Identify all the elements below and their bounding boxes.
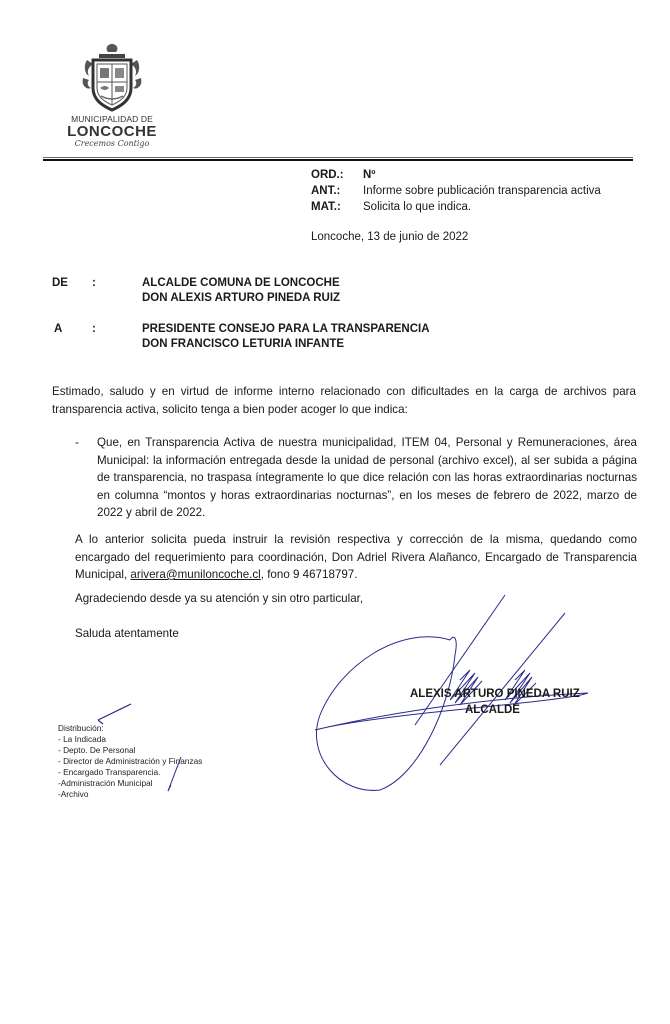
- bullet-text: Que, en Transparencia Activa de nuestra …: [97, 434, 637, 522]
- distribution-item: - Director de Administración y Finanzas: [58, 756, 202, 767]
- handwritten-check-icon: [95, 700, 135, 725]
- to-block: A : PRESIDENTE CONSEJO PARA LA TRANSPARE…: [54, 322, 554, 354]
- from-line-2: DON ALEXIS ARTURO PINEDA RUIZ: [142, 291, 340, 306]
- logo-tagline: Crecemos Contigo: [62, 139, 162, 148]
- municipal-coat-of-arms-icon: [81, 42, 143, 112]
- ant-row: ANT.: Informe sobre publicación transpar…: [311, 183, 601, 199]
- distribution-item: -Archivo: [58, 789, 202, 800]
- request-text-after: , fono 9 46718797.: [261, 568, 358, 581]
- signatory-role: ALCALDE: [465, 704, 520, 716]
- distribution-list: Distribución: - La Indicada - Depto. De …: [58, 723, 202, 800]
- from-block: DE : ALCALDE COMUNA DE LONCOCHE DON ALEX…: [52, 276, 552, 308]
- bullet-marker: -: [75, 434, 79, 452]
- to-line-1: PRESIDENTE CONSEJO PARA LA TRANSPARENCIA: [142, 322, 430, 337]
- from-colon: :: [92, 276, 96, 291]
- to-label: A: [54, 322, 62, 337]
- mat-row: MAT.: Solicita lo que indica.: [311, 199, 601, 215]
- signatory-name: ALEXIS ARTURO PINEDA RUIZ: [410, 688, 580, 700]
- ord-value: Nº: [363, 167, 376, 183]
- request-paragraph: A lo anterior solicita pueda instruir la…: [75, 531, 637, 584]
- from-label: DE: [52, 276, 68, 291]
- ord-label: ORD.:: [311, 167, 363, 183]
- logo-line-2: LONCOCHE: [62, 124, 162, 139]
- municipality-logo: MUNICIPALIDAD DE LONCOCHE Crecemos Conti…: [62, 42, 162, 148]
- distribution-item: - Depto. De Personal: [58, 745, 202, 756]
- intro-paragraph: Estimado, saludo y en virtud de informe …: [52, 383, 636, 418]
- reference-block: ORD.: Nº ANT.: Informe sobre publicación…: [311, 167, 601, 215]
- header-divider: [43, 157, 633, 161]
- to-line-2: DON FRANCISCO LETURIA INFANTE: [142, 337, 344, 352]
- from-line-1: ALCALDE COMUNA DE LONCOCHE: [142, 276, 340, 291]
- mat-value: Solicita lo que indica.: [363, 199, 471, 215]
- ant-label: ANT.:: [311, 183, 363, 199]
- ant-value: Informe sobre publicación transparencia …: [363, 183, 601, 199]
- mat-label: MAT.:: [311, 199, 363, 215]
- distribution-item: -Administración Municipal: [58, 778, 202, 789]
- distribution-item: - Encargado Transparencia.: [58, 767, 202, 778]
- closing-line: Saluda atentamente: [75, 627, 179, 640]
- to-colon: :: [92, 322, 96, 337]
- distribution-item: - La Indicada: [58, 734, 202, 745]
- ord-row: ORD.: Nº: [311, 167, 601, 183]
- email-link[interactable]: arivera@muniloncoche.cl: [130, 568, 260, 581]
- distribution-title: Distribución:: [58, 723, 202, 734]
- date-line: Loncoche, 13 de junio de 2022: [311, 231, 468, 243]
